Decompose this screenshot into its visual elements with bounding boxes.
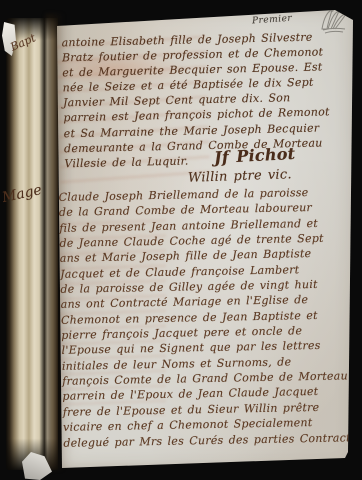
baptism-entry: antoine Elisabeth fille de Joseph Silves…	[61, 29, 356, 171]
marriage-entry: Claude Joseph Briellemand de la paroisse…	[59, 184, 356, 450]
signature-willin: Willin ptre vic.	[188, 167, 292, 186]
manuscript-page: Premier antoine Elisabeth fille de Josep…	[54, 6, 356, 470]
page-header-label: Premier	[252, 14, 293, 27]
manuscript-scan: Premier antoine Elisabeth fille de Josep…	[0, 0, 362, 480]
